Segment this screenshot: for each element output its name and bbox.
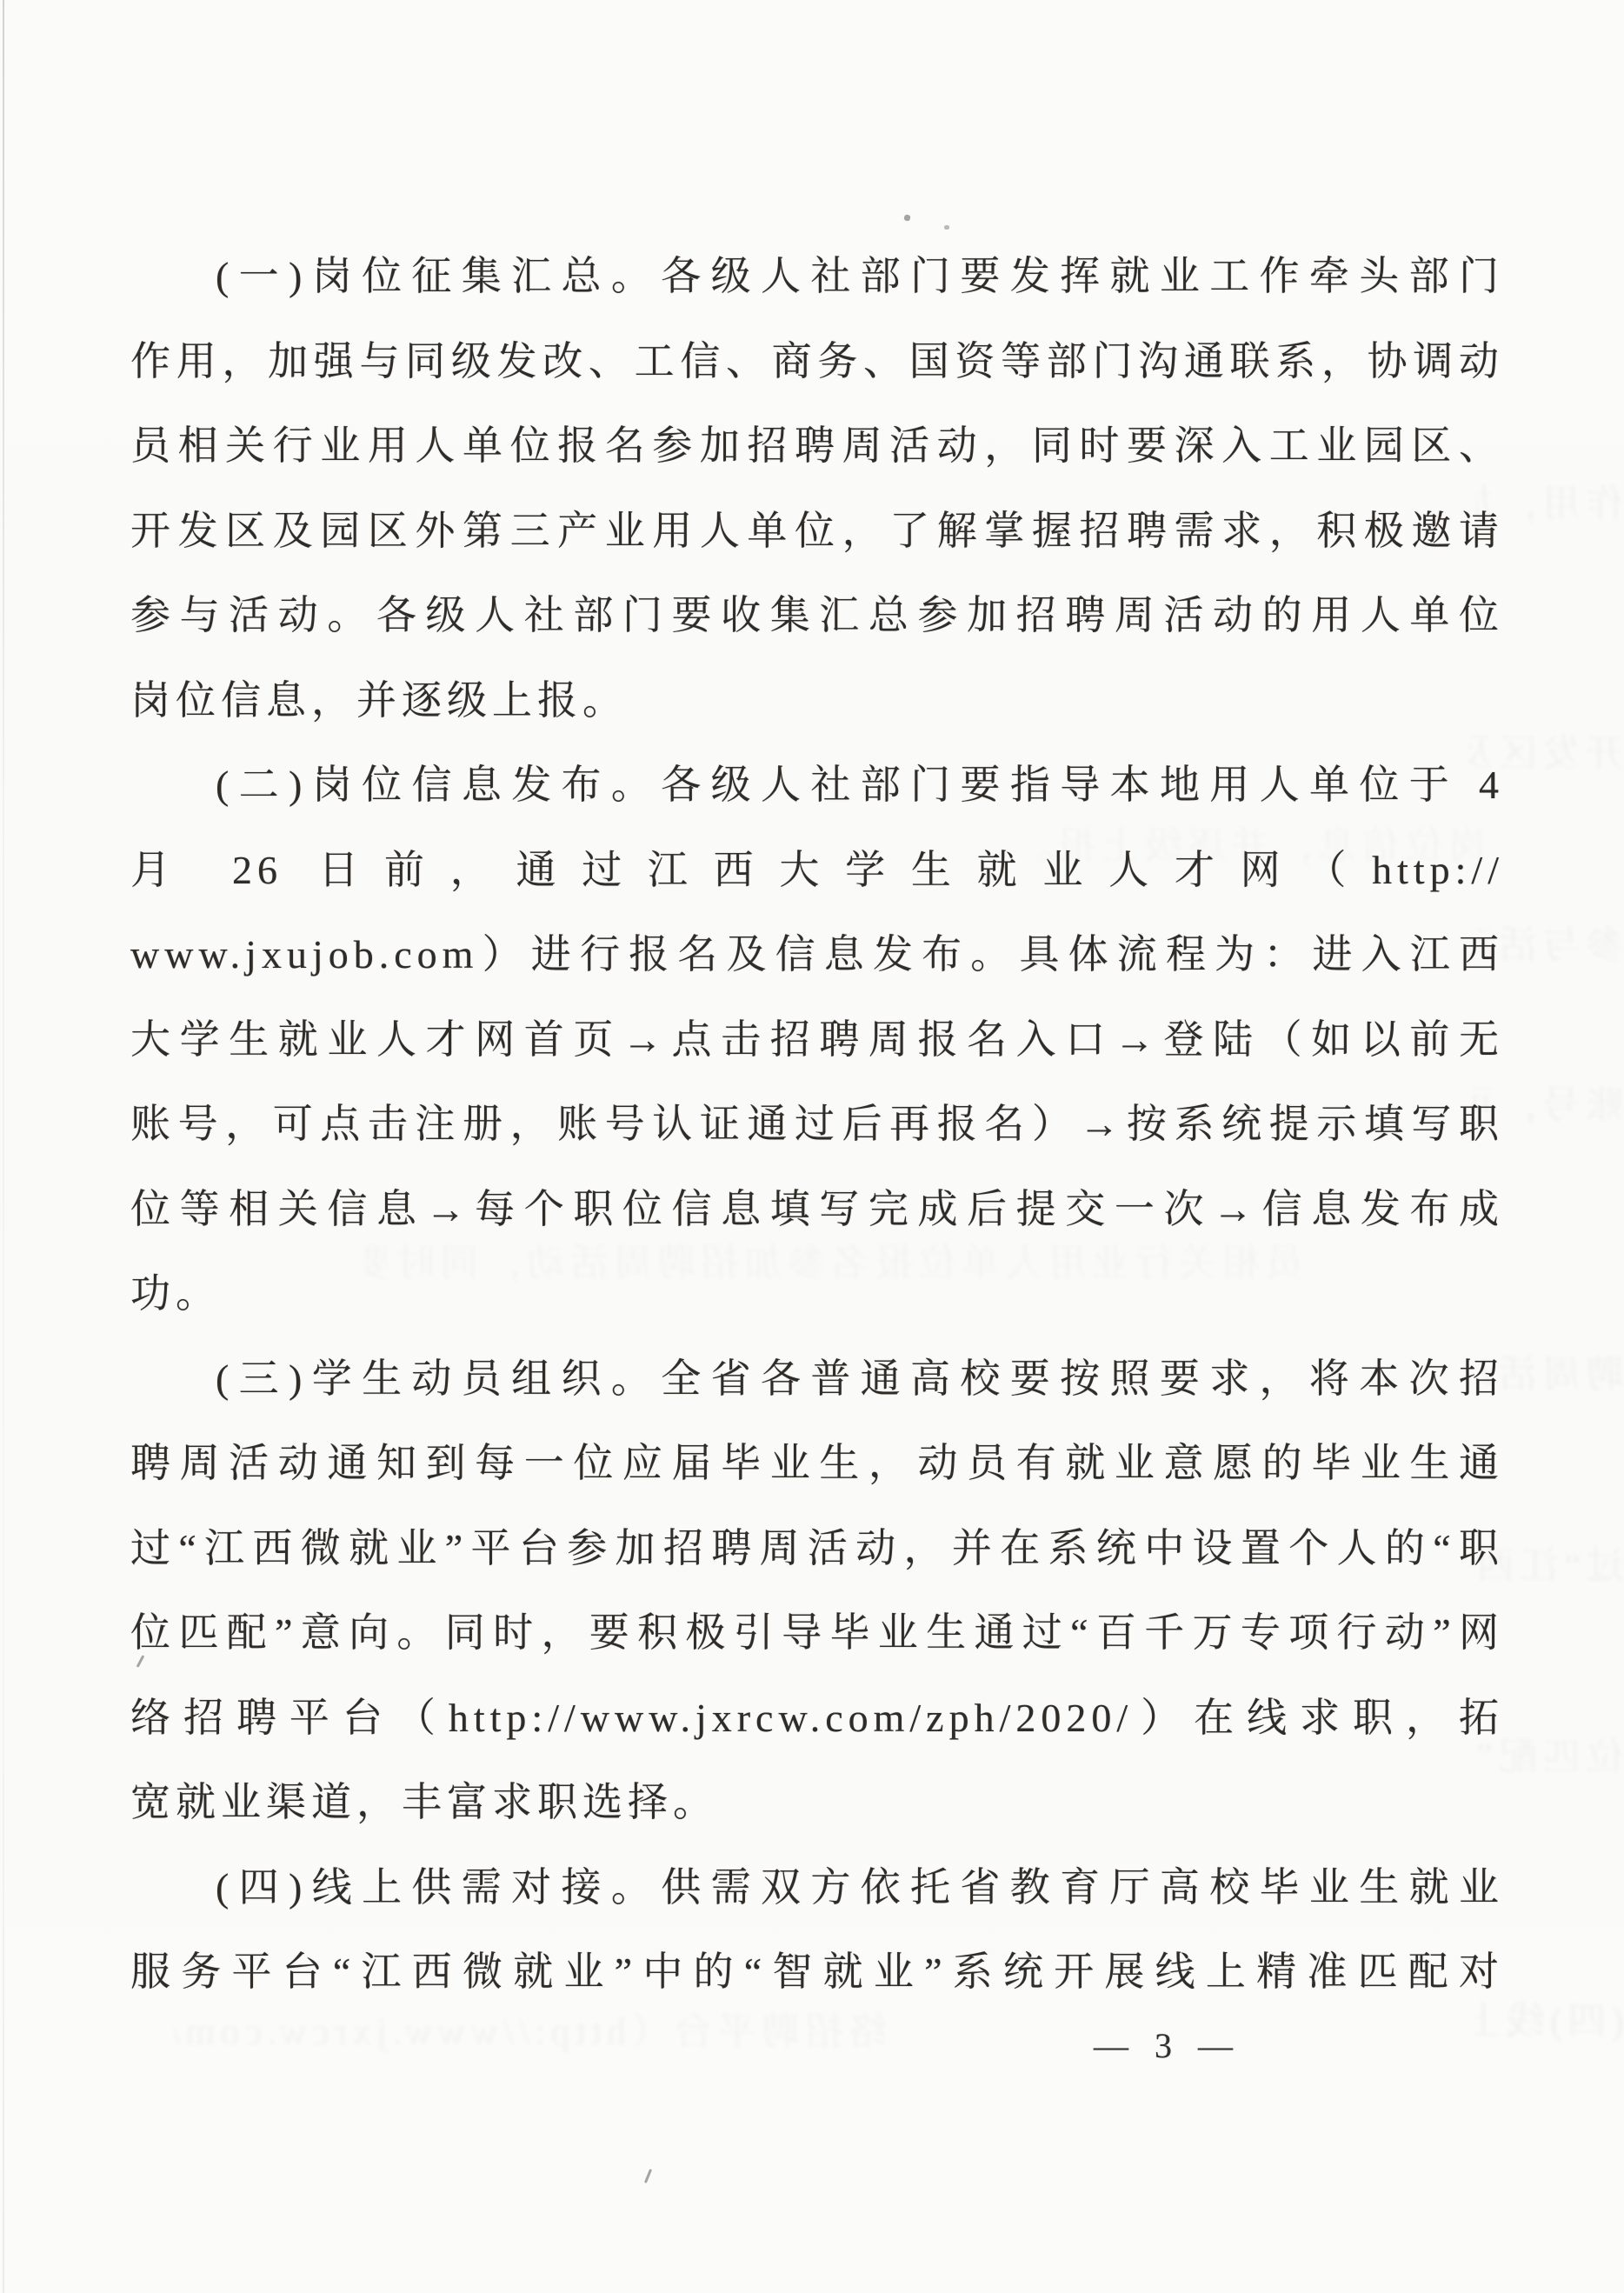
text-line: (二)岗位信息发布。各级人社部门要指导本地用人单位于 4 (130, 743, 1504, 828)
text-line: 过“江西微就业”平台参加招聘周活动，并在系统中设置个人的“职 (130, 1506, 1504, 1591)
text-line: 账号，可点击注册，账号认证通过后再报名）→按系统提示填写职 (130, 1082, 1504, 1167)
scanner-edge-artifact (3, 0, 4, 2293)
text-line: 功。 (130, 1251, 1504, 1336)
text-line: 大学生就业人才网首页→点击招聘周报名入口→登陆（如以前无 (130, 997, 1504, 1083)
text-line: 服务平台“江西微就业”中的“智就业”系统开展线上精准匹配对 (130, 1930, 1504, 2015)
ink-speck (944, 225, 949, 230)
text-line: 员相关行业用人单位报名参加招聘周活动，同时要深入工业园区、 (130, 403, 1504, 489)
text-line: (一)岗位征集汇总。各级人社部门要发挥就业工作牵头部门 (130, 234, 1504, 319)
text-line: 位等相关信息→每个职位信息填写完成后提交一次→信息发布成 (130, 1167, 1504, 1252)
text-line: 开发区及园区外第三产业用人单位，了解掌握招聘需求，积极邀请 (130, 489, 1504, 574)
text-line: 岗位信息，并逐级上报。 (130, 658, 1504, 743)
text-line: (三)学生动员组织。全省各普通高校要按照要求，将本次招 (130, 1336, 1504, 1422)
page-number: — 3 — (1094, 2016, 1268, 2076)
text-line: 宽就业渠道，丰富求职选择。 (130, 1760, 1504, 1845)
document-body: (一)岗位征集汇总。各级人社部门要发挥就业工作牵头部门 作用，加强与同级发改、工… (130, 234, 1504, 2015)
text-line: 位匹配”意向。同时，要积极引导毕业生通过“百千万专项行动”网 (130, 1590, 1504, 1676)
text-line: 聘周活动通知到每一位应届毕业生，动员有就业意愿的毕业生通 (130, 1421, 1504, 1506)
text-line: 月 26 日前，通过江西大学生就业人才网（http:// (130, 828, 1504, 913)
text-line: 参与活动。各级人社部门要收集汇总参加招聘周活动的用人单位 (130, 573, 1504, 658)
ink-speck (644, 2169, 652, 2183)
text-line: 作用，加强与同级发改、工信、商务、国资等部门沟通联系，协调动 (130, 319, 1504, 404)
text-line: www.jxujob.com）进行报名及信息发布。具体流程为：进入江西 (130, 912, 1504, 997)
scanned-document-page: 作用，加强与同级发改、工信、商务、国资等部门沟通联系，协调动 开发区及园区外第三… (0, 0, 1624, 2293)
ink-speck (903, 214, 911, 222)
text-line: (四)线上供需对接。供需双方依托省教育厅高校毕业生就业 (130, 1845, 1504, 1930)
text-line: 络招聘平台（http://www.jxrcw.com/zph/2020/）在线求… (130, 1676, 1504, 1761)
